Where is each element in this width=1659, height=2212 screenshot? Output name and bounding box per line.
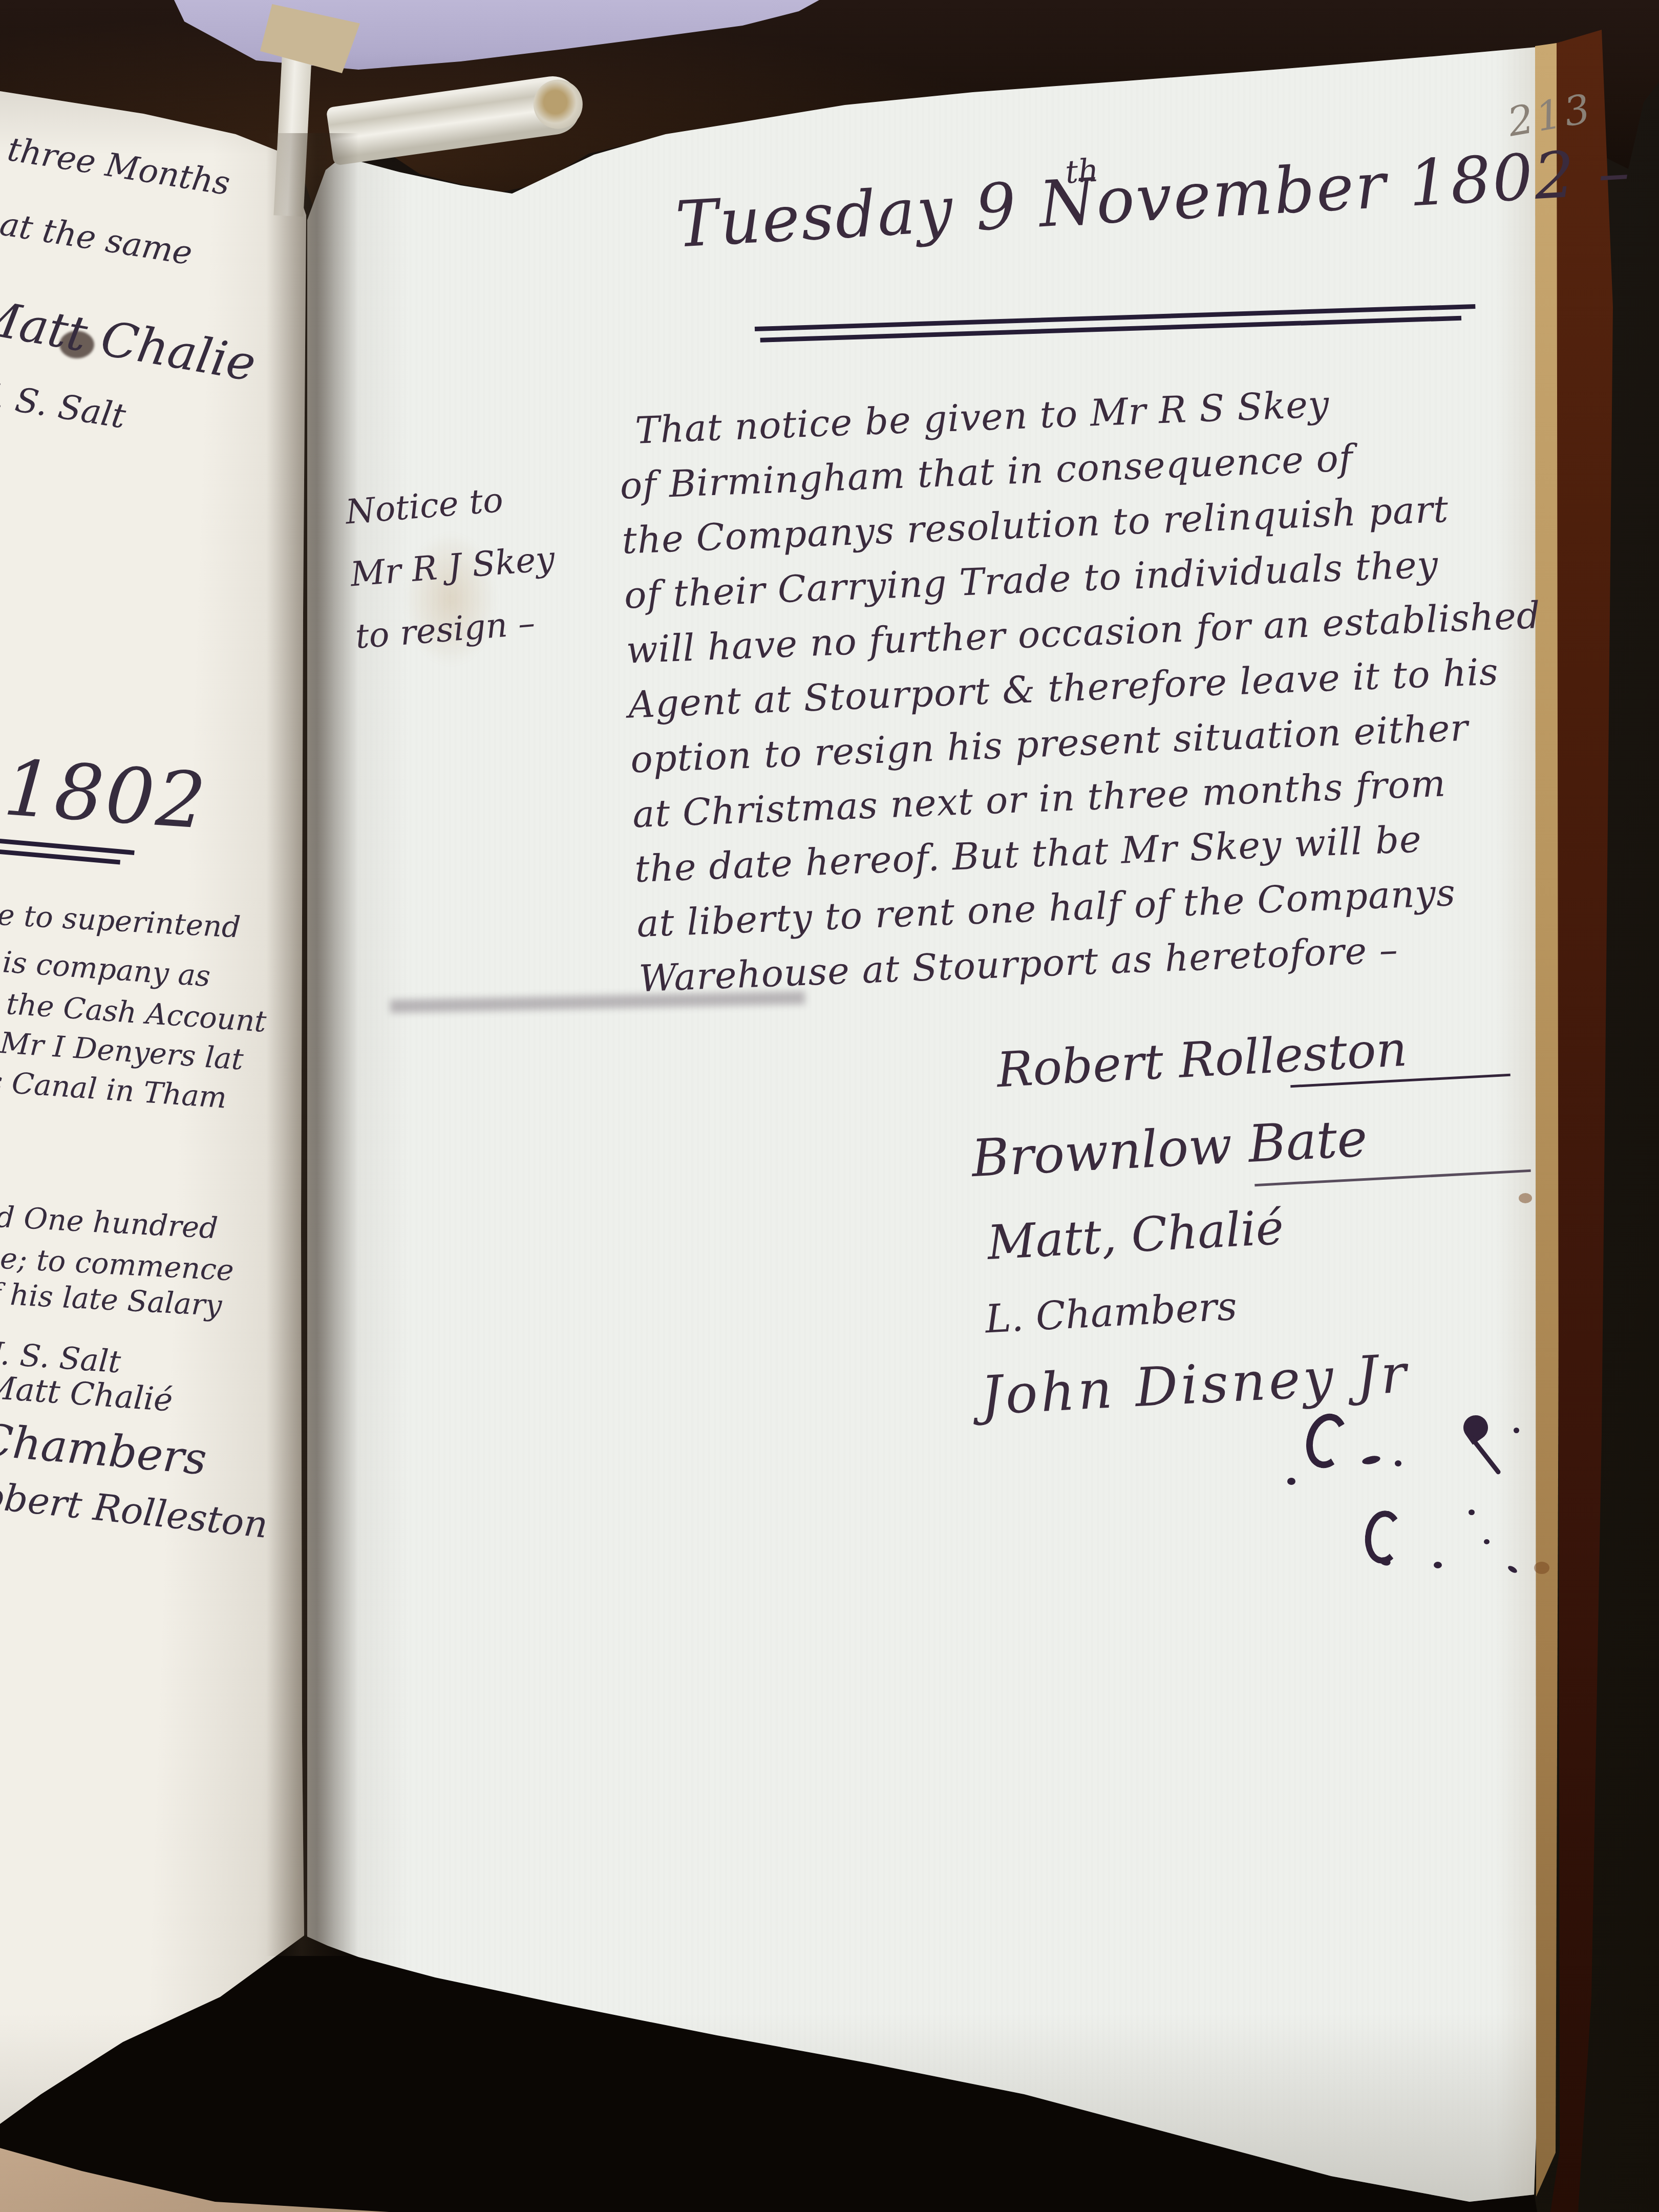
ink-blot: [1469, 1509, 1475, 1515]
edge-spot: [1519, 1193, 1532, 1203]
ink-blot: [1514, 1428, 1519, 1433]
ink-blot: [1395, 1460, 1401, 1466]
ink-blot: [1484, 1539, 1490, 1544]
ink-blot: [1434, 1562, 1442, 1568]
margin-note: Notice to Mr R J Skey to resign –: [344, 477, 563, 679]
left-heading-year: 1802: [1, 743, 210, 846]
signature: L. Chambers: [984, 1273, 1421, 1342]
page-edges-stack: [1535, 43, 1561, 2199]
minute-body-paragraph: That notice be given to Mr R S Skey of B…: [617, 374, 1555, 1012]
edge-spot: [1534, 1562, 1549, 1574]
signature: Matt, Chalié: [986, 1193, 1417, 1270]
gutter-shadow: [266, 133, 358, 1956]
leather-book-edge: [1550, 26, 1622, 2212]
signature: Brownlow Bate: [970, 1105, 1413, 1188]
ink-blot: [1287, 1478, 1295, 1485]
manuscript-photo: in three Months that the same Matt Chali…: [0, 0, 1659, 2212]
